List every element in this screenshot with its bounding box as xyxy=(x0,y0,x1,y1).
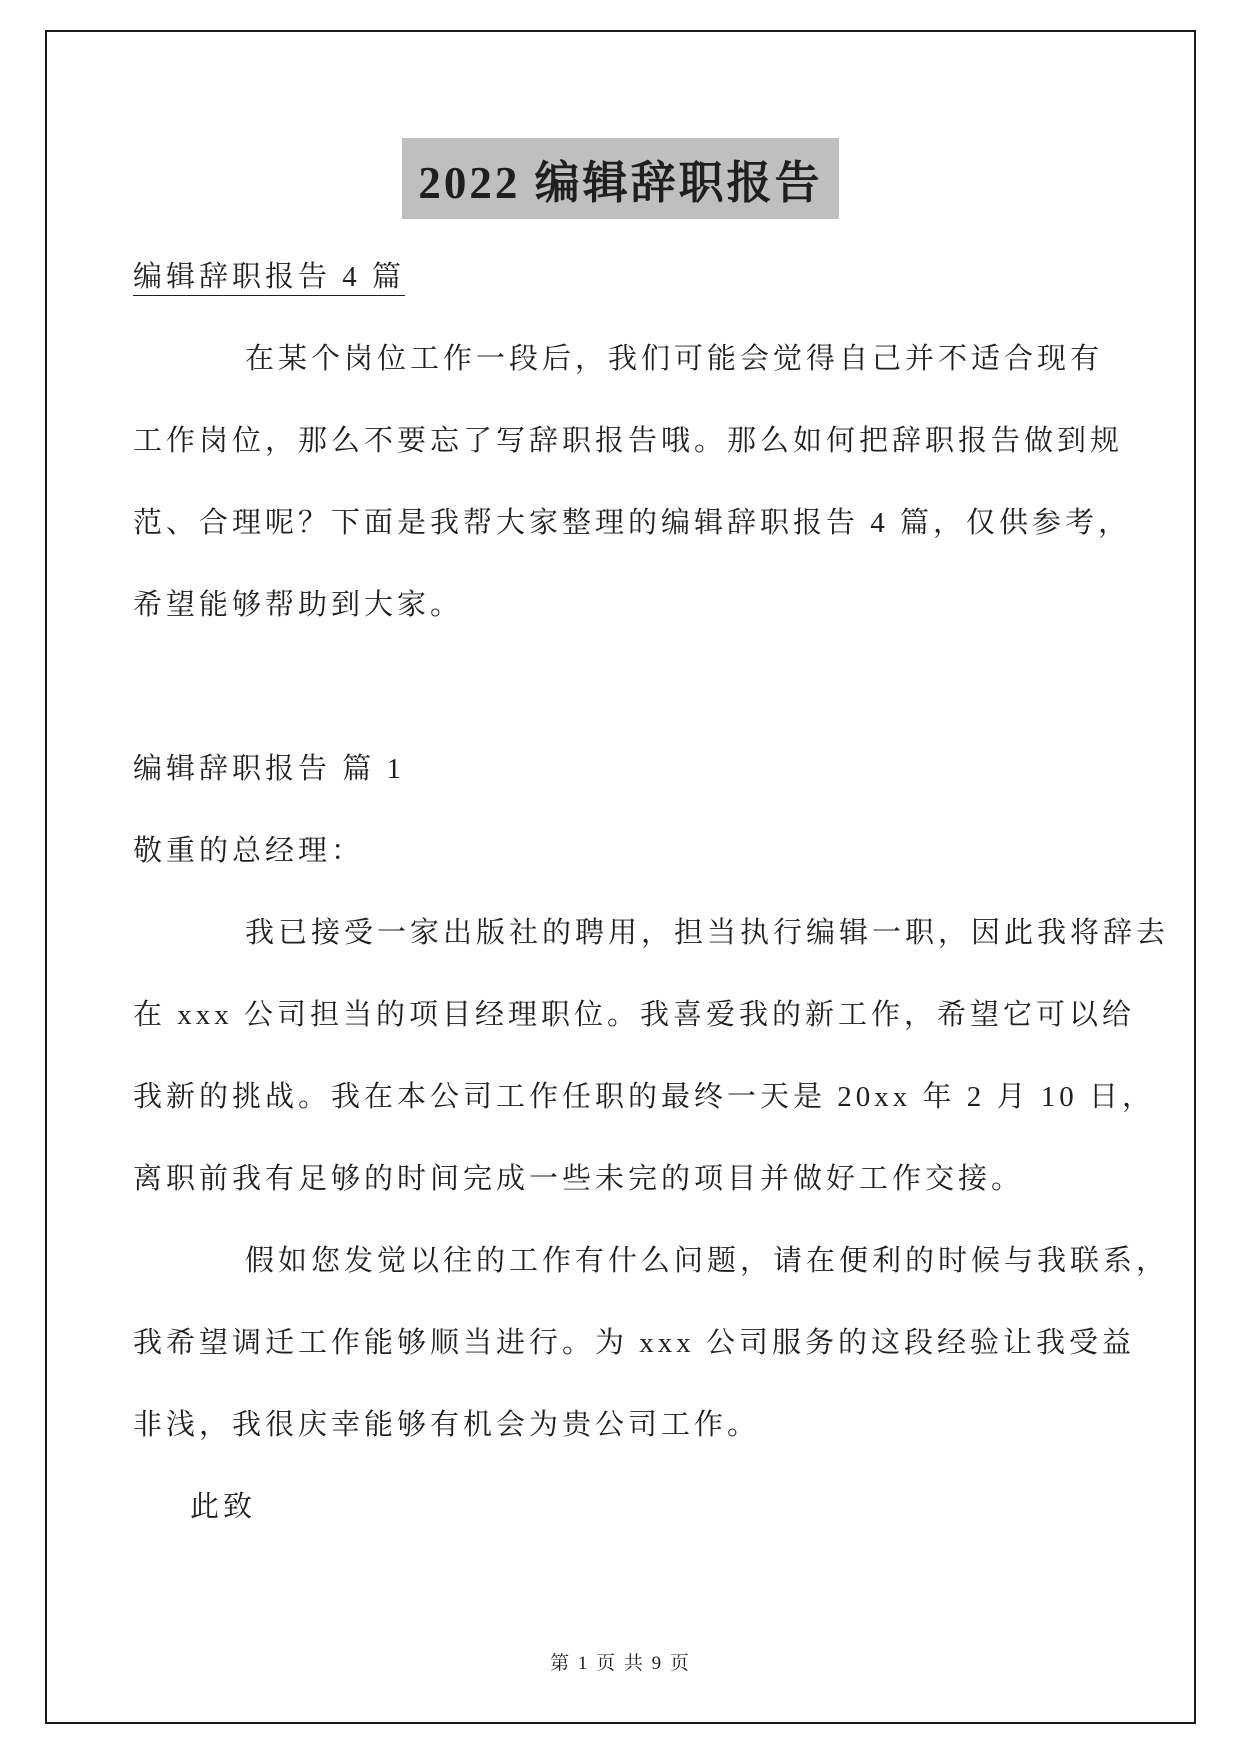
closing-line: 此致 xyxy=(133,1466,1113,1548)
title-row: 2022 编辑辞职报告 xyxy=(0,138,1241,219)
salutation-line: 敬重的总经理： xyxy=(133,810,1113,892)
paragraph-line: 我新的挑战。我在本公司工作任职的最终一天是 20xx 年 2 月 10 日， xyxy=(133,1056,1113,1138)
paragraph-line: 离职前我有足够的时间完成一些未完的项目并做好工作交接。 xyxy=(133,1138,1113,1220)
intro-line: 范、合理呢？下面是我帮大家整理的编辑辞职报告 4 篇，仅供参考， xyxy=(133,482,1113,564)
intro-line: 在某个岗位工作一段后，我们可能会觉得自己并不适合现有 xyxy=(133,318,1113,400)
document-body: 编辑辞职报告 4 篇 在某个岗位工作一段后，我们可能会觉得自己并不适合现有 工作… xyxy=(133,236,1113,1548)
intro-line: 工作岗位，那么不要忘了写辞职报告哦。那么如何把辞职报告做到规 xyxy=(133,400,1113,482)
document-page: 2022 编辑辞职报告 编辑辞职报告 4 篇 在某个岗位工作一段后，我们可能会觉… xyxy=(0,0,1241,1754)
blank-line xyxy=(133,646,1113,728)
intro-line: 希望能够帮助到大家。 xyxy=(133,564,1113,646)
paragraph-line: 非浅，我很庆幸能够有机会为贵公司工作。 xyxy=(133,1384,1113,1466)
subtitle-line: 编辑辞职报告 4 篇 xyxy=(133,236,1113,318)
document-title: 2022 编辑辞职报告 xyxy=(402,138,838,219)
paragraph-line: 我已接受一家出版社的聘用，担当执行编辑一职，因此我将辞去 xyxy=(133,892,1113,974)
section-heading: 编辑辞职报告 篇 1 xyxy=(133,728,1113,810)
page-footer: 第 1 页 共 9 页 xyxy=(0,1648,1241,1675)
paragraph-line: 我希望调迁工作能够顺当进行。为 xxx 公司服务的这段经验让我受益 xyxy=(133,1302,1113,1384)
paragraph-line: 在 xxx 公司担当的项目经理职位。我喜爱我的新工作，希望它可以给 xyxy=(133,974,1113,1056)
paragraph-line: 假如您发觉以往的工作有什么问题，请在便利的时候与我联系， xyxy=(133,1220,1113,1302)
